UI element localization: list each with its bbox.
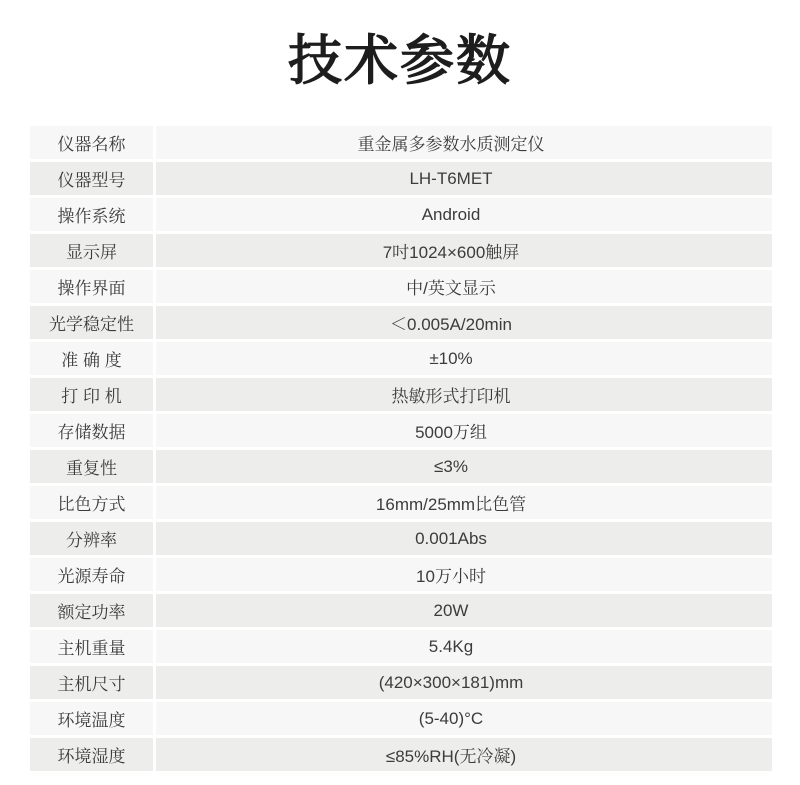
spec-value: ≤3% — [156, 450, 772, 483]
table-row: 比色方式 16mm/25mm比色管 — [30, 486, 772, 519]
table-row: 光学稳定性 ＜0.005A/20min — [30, 306, 772, 339]
page-title: 技术参数 — [0, 0, 800, 92]
spec-value: 中/英文显示 — [156, 270, 772, 303]
spec-label: 打 印 机 — [30, 378, 156, 411]
table-row: 存储数据 5000万组 — [30, 414, 772, 447]
spec-label: 额定功率 — [30, 594, 156, 627]
spec-value: 10万小时 — [156, 558, 772, 591]
spec-value: (420×300×181)mm — [156, 666, 772, 699]
table-row: 打 印 机 热敏形式打印机 — [30, 378, 772, 411]
table-row: 操作系统 Android — [30, 198, 772, 231]
spec-value: 16mm/25mm比色管 — [156, 486, 772, 519]
table-row: 仪器型号 LH-T6MET — [30, 162, 772, 195]
spec-label: 环境湿度 — [30, 738, 156, 771]
spec-label: 操作界面 — [30, 270, 156, 303]
table-row: 额定功率 20W — [30, 594, 772, 627]
spec-label: 主机尺寸 — [30, 666, 156, 699]
spec-value: 5.4Kg — [156, 630, 772, 663]
table-row: 操作界面 中/英文显示 — [30, 270, 772, 303]
spec-label: 存储数据 — [30, 414, 156, 447]
table-row: 主机尺寸 (420×300×181)mm — [30, 666, 772, 699]
spec-label: 光源寿命 — [30, 558, 156, 591]
spec-label: 分辨率 — [30, 522, 156, 555]
spec-label: 重复性 — [30, 450, 156, 483]
spec-label: 光学稳定性 — [30, 306, 156, 339]
spec-label: 仪器型号 — [30, 162, 156, 195]
spec-value: 热敏形式打印机 — [156, 378, 772, 411]
spec-value: ≤85%RH(无冷凝) — [156, 738, 772, 771]
spec-value: LH-T6MET — [156, 162, 772, 195]
spec-value: Android — [156, 198, 772, 231]
table-row: 重复性 ≤3% — [30, 450, 772, 483]
spec-value: ＜0.005A/20min — [156, 306, 772, 339]
spec-label: 准 确 度 — [30, 342, 156, 375]
table-row: 分辨率 0.001Abs — [30, 522, 772, 555]
table-row: 光源寿命 10万小时 — [30, 558, 772, 591]
spec-label: 显示屏 — [30, 234, 156, 267]
spec-value: 0.001Abs — [156, 522, 772, 555]
spec-value: (5-40)°C — [156, 702, 772, 735]
table-row: 显示屏 7吋1024×600触屏 — [30, 234, 772, 267]
spec-value: ±10% — [156, 342, 772, 375]
spec-label: 主机重量 — [30, 630, 156, 663]
spec-value: 5000万组 — [156, 414, 772, 447]
spec-label: 比色方式 — [30, 486, 156, 519]
spec-value: 20W — [156, 594, 772, 627]
spec-label: 操作系统 — [30, 198, 156, 231]
table-row: 环境温度 (5-40)°C — [30, 702, 772, 735]
spec-value: 重金属多参数水质测定仪 — [156, 126, 772, 159]
spec-label: 环境温度 — [30, 702, 156, 735]
spec-value: 7吋1024×600触屏 — [156, 234, 772, 267]
table-row: 仪器名称 重金属多参数水质测定仪 — [30, 126, 772, 159]
table-row: 主机重量 5.4Kg — [30, 630, 772, 663]
spec-table: 仪器名称 重金属多参数水质测定仪 仪器型号 LH-T6MET 操作系统 Andr… — [30, 126, 772, 771]
spec-label: 仪器名称 — [30, 126, 156, 159]
spec-sheet-page: 技术参数 仪器名称 重金属多参数水质测定仪 仪器型号 LH-T6MET 操作系统… — [0, 0, 800, 785]
table-row: 环境湿度 ≤85%RH(无冷凝) — [30, 738, 772, 771]
table-row: 准 确 度 ±10% — [30, 342, 772, 375]
